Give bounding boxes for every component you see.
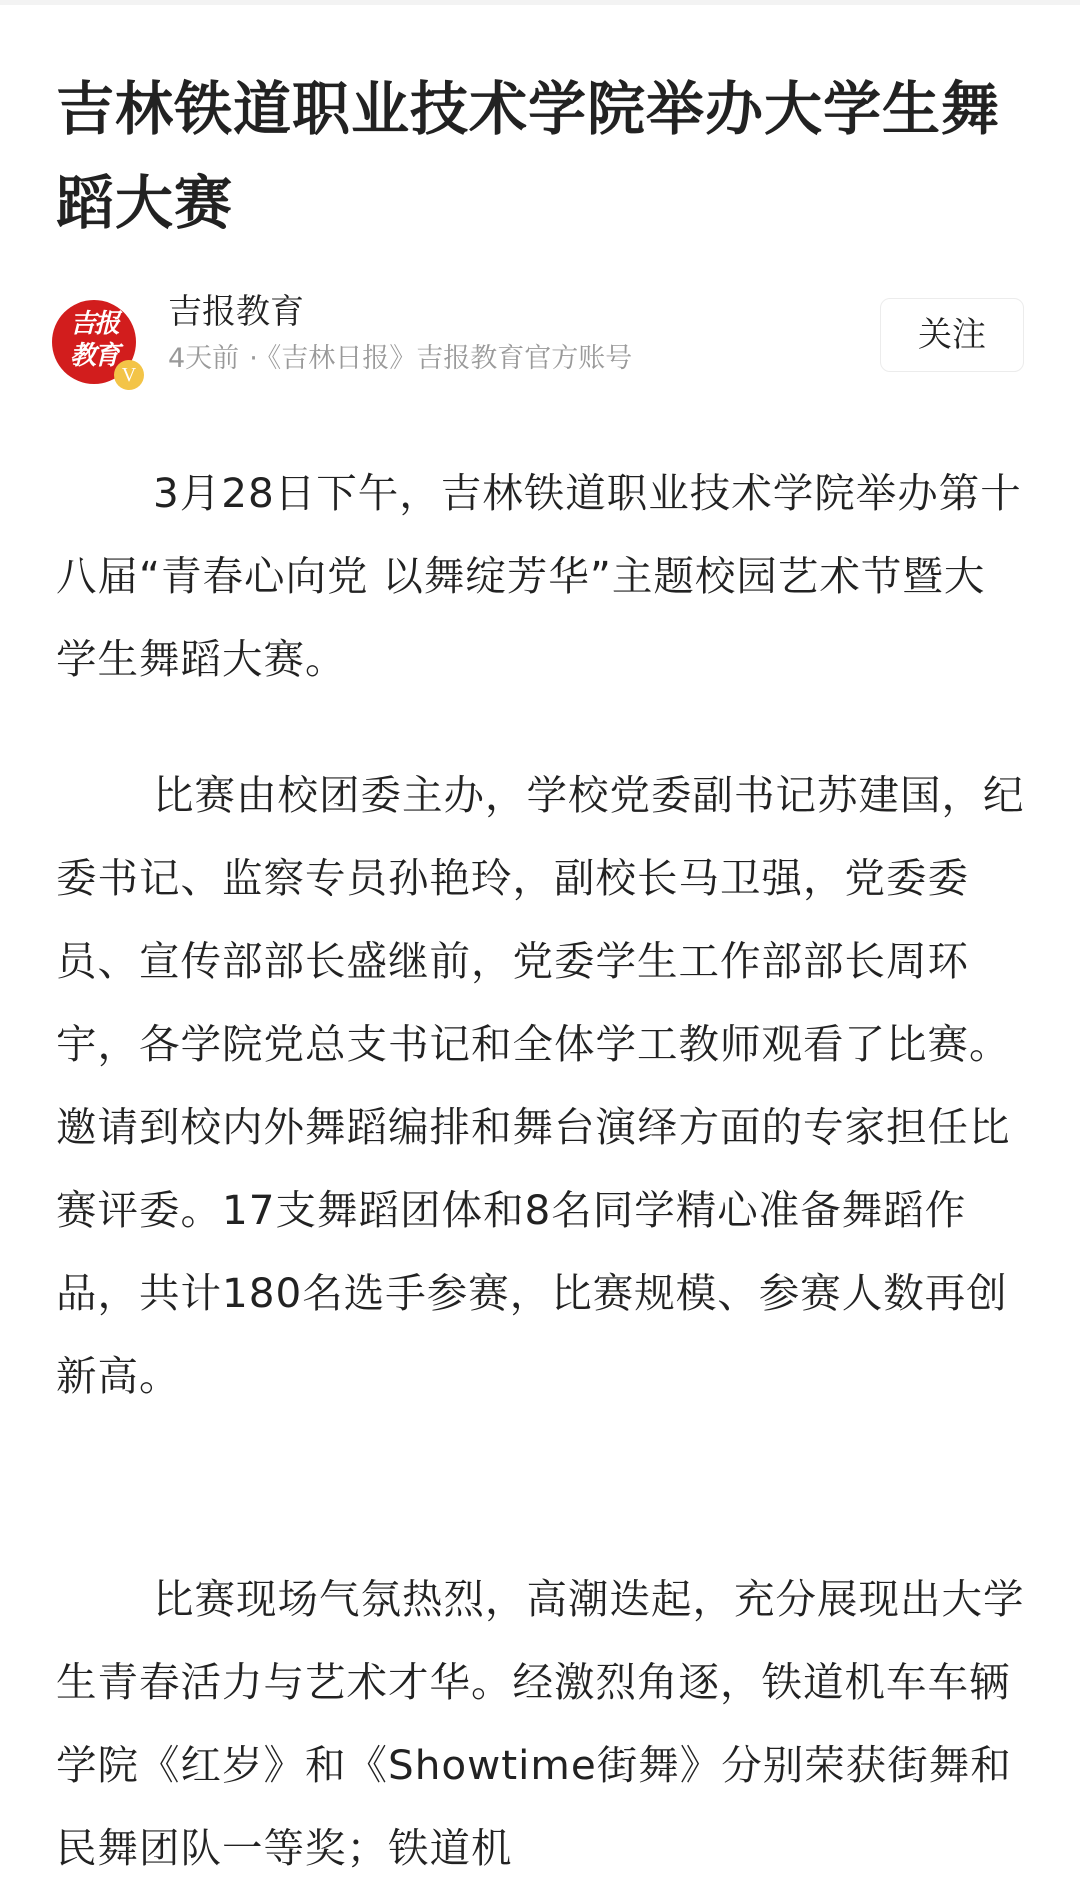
verified-badge-icon: V: [114, 360, 144, 390]
follow-button[interactable]: 关注: [880, 298, 1024, 372]
article-paragraph: 3月28日下午，吉林铁道职业技术学院举办第十八届“青春心向党 以舞绽芳华”主题校…: [56, 452, 1026, 701]
author-name[interactable]: 吉报教育: [168, 290, 304, 334]
author-avatar[interactable]: 吉报教育 V: [52, 300, 136, 384]
top-divider: [0, 0, 1080, 5]
author-description: 《吉林日报》吉报教育官方账号: [268, 343, 633, 374]
publish-time: 4天前: [168, 343, 239, 374]
meta-separator: ·: [249, 343, 258, 374]
article-title: 吉林铁道职业技术学院举办大学生舞蹈大赛: [56, 62, 1036, 250]
author-meta: 4天前·《吉林日报》吉报教育官方账号: [168, 340, 632, 378]
article-paragraph: 比赛现场气氛热烈，高潮迭起，充分展现出大学生青春活力与艺术才华。经激烈角逐，铁道…: [56, 1558, 1026, 1883]
article-paragraph: 比赛由校团委主办，学校党委副书记苏建国，纪委书记、监察专员孙艳玲，副校长马卫强，…: [56, 754, 1026, 1418]
avatar-logo-text: 吉报教育: [62, 308, 126, 372]
